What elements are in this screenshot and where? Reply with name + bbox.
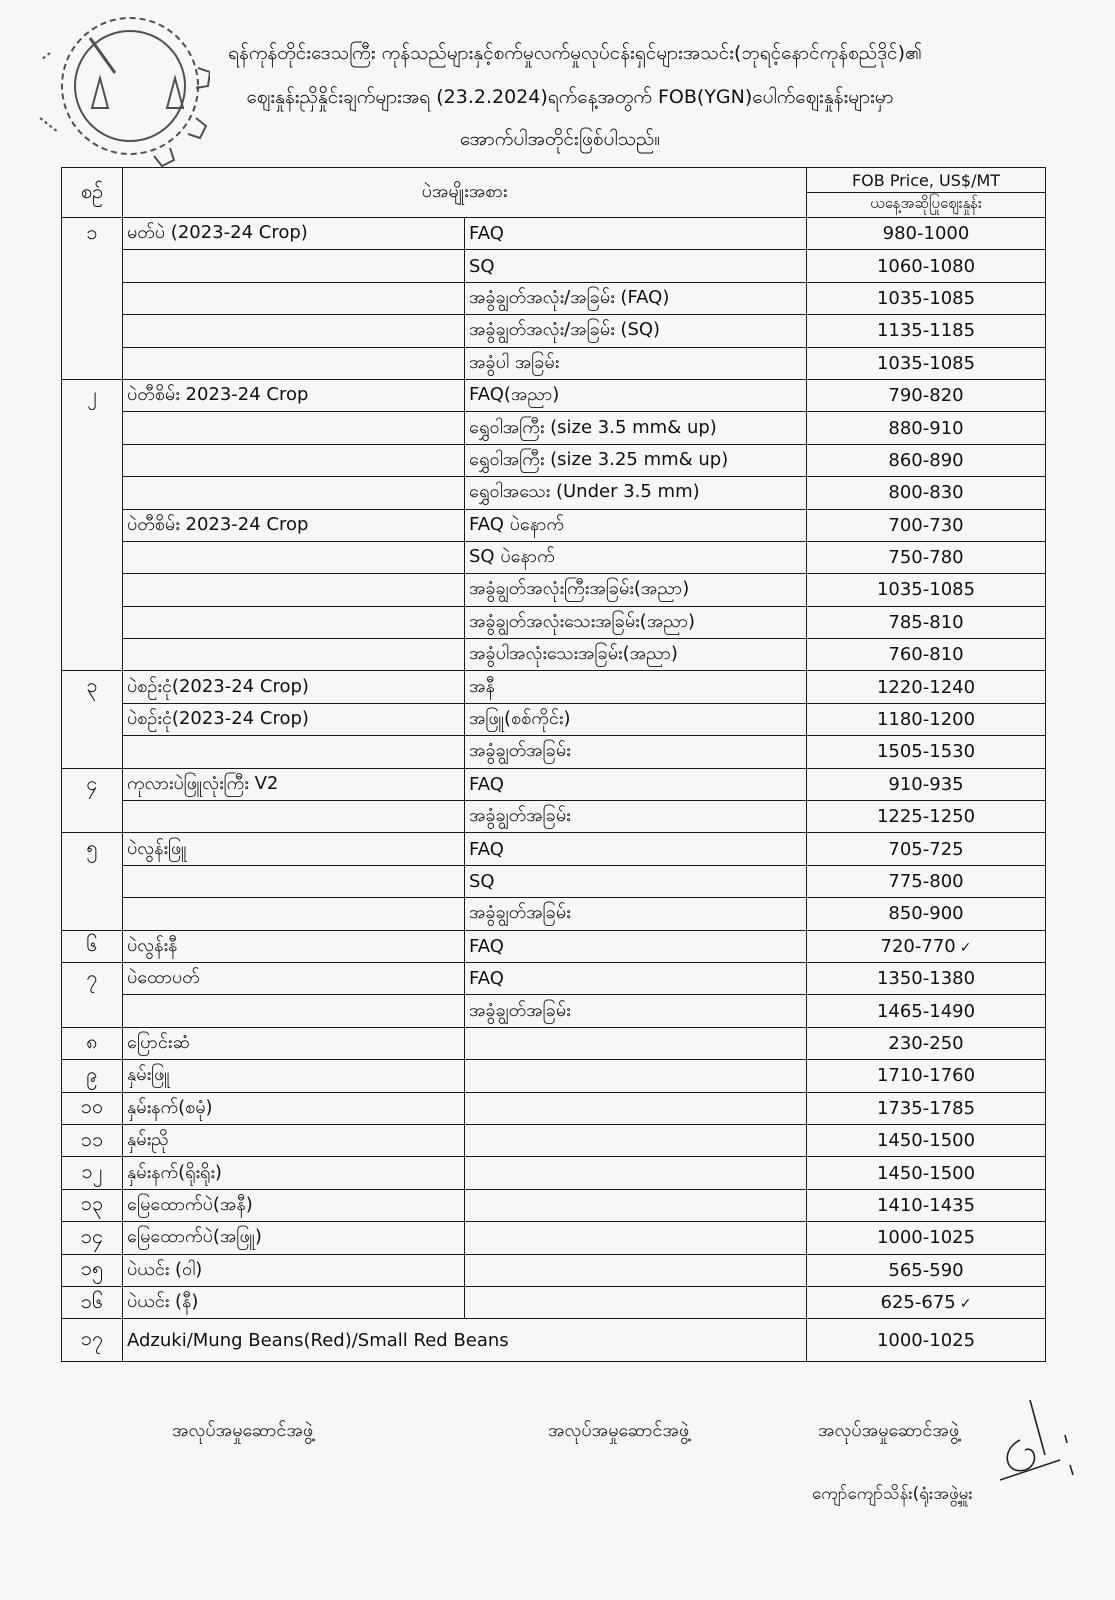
row-price: 790-820 xyxy=(807,379,1046,411)
price-table-body: ၁မတ်ပဲ (2023-24 Crop)FAQ980-1000SQ1060-1… xyxy=(62,218,1046,1362)
row-number xyxy=(62,250,123,282)
row-item: ပဲလွန်းနီ xyxy=(123,930,465,962)
row-item xyxy=(123,477,465,509)
check-mark-icon: ✓ xyxy=(960,940,972,956)
table-row: ၅ပဲလွန်းဖြူFAQ705-725 xyxy=(62,833,1046,865)
row-item: ပဲတီစိမ်း 2023-24 Crop xyxy=(123,509,465,541)
table-row: ၁၅ပဲယင်း (ဝါ)565-590 xyxy=(62,1254,1046,1286)
row-item xyxy=(123,865,465,897)
row-grade: အခွံပါ အခြမ်း xyxy=(465,347,807,379)
row-price: 775-800 xyxy=(807,865,1046,897)
row-price: 980-1000 xyxy=(807,218,1046,250)
row-item: မတ်ပဲ (2023-24 Crop) xyxy=(123,218,465,250)
table-row: အခွံပါ အခြမ်း1035-1085 xyxy=(62,347,1046,379)
row-number: ၁၄ xyxy=(62,1222,123,1254)
row-number xyxy=(62,412,123,444)
row-item: ပဲယင်း (နီ) xyxy=(123,1286,465,1318)
header-price-sub: ယနေ့အဆိုပြုဈေးနှုန်း xyxy=(807,193,1046,218)
row-number xyxy=(62,444,123,476)
row-number xyxy=(62,606,123,638)
footer-signature-1: အလုပ်အမှုဆောင်အဖွဲ့ xyxy=(172,1418,313,1445)
row-grade: ရွှေဝါအကြီး (size 3.5 mm& up) xyxy=(465,412,807,444)
row-grade: FAQ xyxy=(465,930,807,962)
table-row: အခွံချွတ်အခြမ်း1225-1250 xyxy=(62,801,1046,833)
row-item: ပြောင်းဆံ xyxy=(123,1027,465,1059)
row-grade: SQ ပဲနောက် xyxy=(465,541,807,573)
row-number xyxy=(62,509,123,541)
table-row: အခွံချွတ်အခြမ်း850-900 xyxy=(62,898,1046,930)
row-grade: အခွံချွတ်အလုံး/အခြမ်း (FAQ) xyxy=(465,282,807,314)
row-item: Adzuki/Mung Beans(Red)/Small Red Beans xyxy=(123,1319,807,1362)
row-item xyxy=(123,736,465,768)
row-number: ၈ xyxy=(62,1027,123,1059)
row-price: 1225-1250 xyxy=(807,801,1046,833)
row-price: 565-590 xyxy=(807,1254,1046,1286)
row-item: ပဲလွန်းဖြူ xyxy=(123,833,465,865)
row-price: 880-910 xyxy=(807,412,1046,444)
row-number xyxy=(62,477,123,509)
row-price: 785-810 xyxy=(807,606,1046,638)
row-item xyxy=(123,315,465,347)
row-number: ၁၁ xyxy=(62,1124,123,1156)
row-grade: အခွံချွတ်အခြမ်း xyxy=(465,801,807,833)
row-number: ၄ xyxy=(62,768,123,800)
row-price: 705-725 xyxy=(807,833,1046,865)
row-grade: FAQ(အညာ) xyxy=(465,379,807,411)
header-price: FOB Price, US$/MT xyxy=(807,168,1046,193)
row-price: 850-900 xyxy=(807,898,1046,930)
row-price: 1450-1500 xyxy=(807,1124,1046,1156)
row-item: ပဲထောပတ် xyxy=(123,962,465,994)
row-number: ၂ xyxy=(62,379,123,411)
row-price: 1000-1025 xyxy=(807,1222,1046,1254)
row-number xyxy=(62,541,123,573)
table-row: ၁၀နှမ်းနက်(စမုံ)1735-1785 xyxy=(62,1092,1046,1124)
row-grade xyxy=(465,1027,807,1059)
row-item xyxy=(123,995,465,1027)
table-row: ၇ပဲထောပတ်FAQ1350-1380 xyxy=(62,962,1046,994)
table-row: ရွှေဝါအကြီး (size 3.5 mm& up)880-910 xyxy=(62,412,1046,444)
row-grade: အခွံချွတ်အလုံးသေးအခြမ်း(အညာ) xyxy=(465,606,807,638)
row-grade: အခွံချွတ်အလုံး/အခြမ်း (SQ) xyxy=(465,315,807,347)
row-item: နှမ်းဖြူ xyxy=(123,1060,465,1092)
row-number xyxy=(62,801,123,833)
row-grade xyxy=(465,1092,807,1124)
row-grade xyxy=(465,1124,807,1156)
row-item: နှမ်းနက်(စမုံ) xyxy=(123,1092,465,1124)
row-grade xyxy=(465,1222,807,1254)
row-price: 1450-1500 xyxy=(807,1157,1046,1189)
row-price: 1035-1085 xyxy=(807,574,1046,606)
row-number xyxy=(62,315,123,347)
row-number xyxy=(62,898,123,930)
row-price: 1180-1200 xyxy=(807,703,1046,735)
row-price: 230-250 xyxy=(807,1027,1046,1059)
header-no: စဉ် xyxy=(62,168,123,218)
row-item: ပဲစဉ်းငုံ(2023-24 Crop) xyxy=(123,671,465,703)
row-number: ၁၇ xyxy=(62,1319,123,1362)
row-item xyxy=(123,250,465,282)
header-line-2: ဈေးနှုန်းညှိနှိုင်းချက်များအရ (23.2.2024… xyxy=(130,86,1010,109)
row-number: ၁၀ xyxy=(62,1092,123,1124)
row-item xyxy=(123,574,465,606)
row-price: 1035-1085 xyxy=(807,347,1046,379)
row-number: ၁၂ xyxy=(62,1157,123,1189)
table-row: ၁၆ပဲယင်း (နီ)625-675✓ xyxy=(62,1286,1046,1318)
row-number: ၇ xyxy=(62,962,123,994)
row-item xyxy=(123,347,465,379)
row-grade: SQ xyxy=(465,865,807,897)
row-number xyxy=(62,282,123,314)
row-number xyxy=(62,736,123,768)
row-grade: အဖြူ(စစ်ကိုင်း) xyxy=(465,703,807,735)
row-grade: အခွံချွတ်အလုံးကြီးအခြမ်း(အညာ) xyxy=(465,574,807,606)
check-mark-icon: ✓ xyxy=(960,1296,972,1312)
row-grade xyxy=(465,1189,807,1221)
row-number: ၅ xyxy=(62,833,123,865)
row-number: ၉ xyxy=(62,1060,123,1092)
table-row: ၃ပဲစဉ်းငုံ(2023-24 Crop)အနီ1220-1240 xyxy=(62,671,1046,703)
row-price: 760-810 xyxy=(807,639,1046,671)
row-number: ၃ xyxy=(62,671,123,703)
row-number: ၁၆ xyxy=(62,1286,123,1318)
header-item: ပဲအမျိုးအစား xyxy=(123,168,807,218)
row-grade xyxy=(465,1254,807,1286)
row-grade: ရွှေဝါအသေး (Under 3.5 mm) xyxy=(465,477,807,509)
row-item xyxy=(123,898,465,930)
row-grade: FAQ xyxy=(465,768,807,800)
row-item xyxy=(123,444,465,476)
row-grade xyxy=(465,1060,807,1092)
table-row: SQ775-800 xyxy=(62,865,1046,897)
row-price: 1505-1530 xyxy=(807,736,1046,768)
table-row: အခွံချွတ်အခြမ်း1505-1530 xyxy=(62,736,1046,768)
row-price: 1135-1185 xyxy=(807,315,1046,347)
row-number: ၁ xyxy=(62,218,123,250)
row-price: 1735-1785 xyxy=(807,1092,1046,1124)
row-price: 625-675✓ xyxy=(807,1286,1046,1318)
table-row: ပဲစဉ်းငုံ(2023-24 Crop)အဖြူ(စစ်ကိုင်း)11… xyxy=(62,703,1046,735)
row-item: နှမ်းနက်(ရိုးရိုး) xyxy=(123,1157,465,1189)
row-grade: FAQ xyxy=(465,833,807,865)
table-row: ၆ပဲလွန်းနီFAQ720-770✓ xyxy=(62,930,1046,962)
handwritten-signature-icon xyxy=(990,1395,1080,1545)
row-item: ပဲတီစိမ်း 2023-24 Crop xyxy=(123,379,465,411)
row-price: 720-770✓ xyxy=(807,930,1046,962)
row-grade: FAQ xyxy=(465,218,807,250)
table-row: ၁မတ်ပဲ (2023-24 Crop)FAQ980-1000 xyxy=(62,218,1046,250)
row-price: 750-780 xyxy=(807,541,1046,573)
row-item: နှမ်းညို xyxy=(123,1124,465,1156)
row-price: 1035-1085 xyxy=(807,282,1046,314)
table-row: ၂ပဲတီစိမ်း 2023-24 CropFAQ(အညာ)790-820 xyxy=(62,379,1046,411)
row-grade xyxy=(465,1157,807,1189)
table-row: SQ ပဲနောက်750-780 xyxy=(62,541,1046,573)
table-row: အခွံချွတ်အလုံး/အခြမ်း (SQ)1135-1185 xyxy=(62,315,1046,347)
row-number xyxy=(62,865,123,897)
row-number xyxy=(62,639,123,671)
row-price: 910-935 xyxy=(807,768,1046,800)
row-item xyxy=(123,282,465,314)
row-item: ပဲယင်း (ဝါ) xyxy=(123,1254,465,1286)
row-grade: အခွံချွတ်အခြမ်း xyxy=(465,995,807,1027)
row-grade: FAQ ပဲနောက် xyxy=(465,509,807,541)
table-row: အခွံချွတ်အလုံးသေးအခြမ်း(အညာ)785-810 xyxy=(62,606,1046,638)
row-item xyxy=(123,541,465,573)
row-grade: အခွံချွတ်အခြမ်း xyxy=(465,736,807,768)
table-row: ၉နှမ်းဖြူ1710-1760 xyxy=(62,1060,1046,1092)
row-item xyxy=(123,412,465,444)
row-number: ၆ xyxy=(62,930,123,962)
row-price: 1350-1380 xyxy=(807,962,1046,994)
document-page: ရန်ကုန်တိုင်းဒေသကြီး ကုန်သည်များနှင့်စက်… xyxy=(0,0,1115,1600)
row-grade: ရွှေဝါအကြီး (size 3.25 mm& up) xyxy=(465,444,807,476)
table-row: ရွှေဝါအသေး (Under 3.5 mm)800-830 xyxy=(62,477,1046,509)
table-row: ၄ကုလားပဲဖြူလုံးကြီး V2FAQ910-935 xyxy=(62,768,1046,800)
row-price: 1465-1490 xyxy=(807,995,1046,1027)
row-price: 1410-1435 xyxy=(807,1189,1046,1221)
row-grade: FAQ xyxy=(465,962,807,994)
row-grade: အနီ xyxy=(465,671,807,703)
table-row: SQ1060-1080 xyxy=(62,250,1046,282)
table-row: ရွှေဝါအကြီး (size 3.25 mm& up)860-890 xyxy=(62,444,1046,476)
row-number xyxy=(62,347,123,379)
row-item xyxy=(123,801,465,833)
row-item: မြေထောက်ပဲ(အနီ) xyxy=(123,1189,465,1221)
table-row: ၁၄မြေထောက်ပဲ(အဖြူ)1000-1025 xyxy=(62,1222,1046,1254)
row-price: 800-830 xyxy=(807,477,1046,509)
table-row: အခွံချွတ်အလုံးကြီးအခြမ်း(အညာ)1035-1085 xyxy=(62,574,1046,606)
header-line-1: ရန်ကုန်တိုင်းဒေသကြီး ကုန်သည်များနှင့်စက်… xyxy=(95,42,1055,65)
table-row: အခွံချွတ်အခြမ်း1465-1490 xyxy=(62,995,1046,1027)
row-price: 1220-1240 xyxy=(807,671,1046,703)
footer-signature-2: အလုပ်အမှုဆောင်အဖွဲ့ xyxy=(548,1418,689,1445)
row-price: 860-890 xyxy=(807,444,1046,476)
table-row: ၁၁နှမ်းညို1450-1500 xyxy=(62,1124,1046,1156)
row-grade xyxy=(465,1286,807,1318)
signer-name: ကျော်ကျော်သိန်း(ရုံးအဖွဲ့မှူး xyxy=(812,1483,973,1508)
row-number: ၁၅ xyxy=(62,1254,123,1286)
price-table: စဉ် ပဲအမျိုးအစား FOB Price, US$/MT ယနေ့အ… xyxy=(61,167,1046,1362)
table-row: ၁၃မြေထောက်ပဲ(အနီ)1410-1435 xyxy=(62,1189,1046,1221)
row-price: 1000-1025 xyxy=(807,1319,1046,1362)
row-item: မြေထောက်ပဲ(အဖြူ) xyxy=(123,1222,465,1254)
row-grade: အခွံပါအလုံးသေးအခြမ်း(အညာ) xyxy=(465,639,807,671)
row-item: ကုလားပဲဖြူလုံးကြီး V2 xyxy=(123,768,465,800)
row-price: 700-730 xyxy=(807,509,1046,541)
row-grade: SQ xyxy=(465,250,807,282)
row-item xyxy=(123,606,465,638)
table-row: အခွံပါအလုံးသေးအခြမ်း(အညာ)760-810 xyxy=(62,639,1046,671)
table-row: ၁၂နှမ်းနက်(ရိုးရိုး)1450-1500 xyxy=(62,1157,1046,1189)
table-row: ပဲတီစိမ်း 2023-24 CropFAQ ပဲနောက်700-730 xyxy=(62,509,1046,541)
table-row: ၁၇Adzuki/Mung Beans(Red)/Small Red Beans… xyxy=(62,1319,1046,1362)
row-grade: အခွံချွတ်အခြမ်း xyxy=(465,898,807,930)
table-row: ၈ပြောင်းဆံ230-250 xyxy=(62,1027,1046,1059)
row-number xyxy=(62,574,123,606)
row-price: 1710-1760 xyxy=(807,1060,1046,1092)
row-price: 1060-1080 xyxy=(807,250,1046,282)
row-item xyxy=(123,639,465,671)
table-row: အခွံချွတ်အလုံး/အခြမ်း (FAQ)1035-1085 xyxy=(62,282,1046,314)
row-number: ၁၃ xyxy=(62,1189,123,1221)
row-number xyxy=(62,703,123,735)
header-line-3: အောက်ပါအတိုင်းဖြစ်ပါသည်။ xyxy=(200,128,920,151)
row-item: ပဲစဉ်းငုံ(2023-24 Crop) xyxy=(123,703,465,735)
footer-signature-3: အလုပ်အမှုဆောင်အဖွဲ့ xyxy=(818,1418,959,1445)
row-number xyxy=(62,995,123,1027)
